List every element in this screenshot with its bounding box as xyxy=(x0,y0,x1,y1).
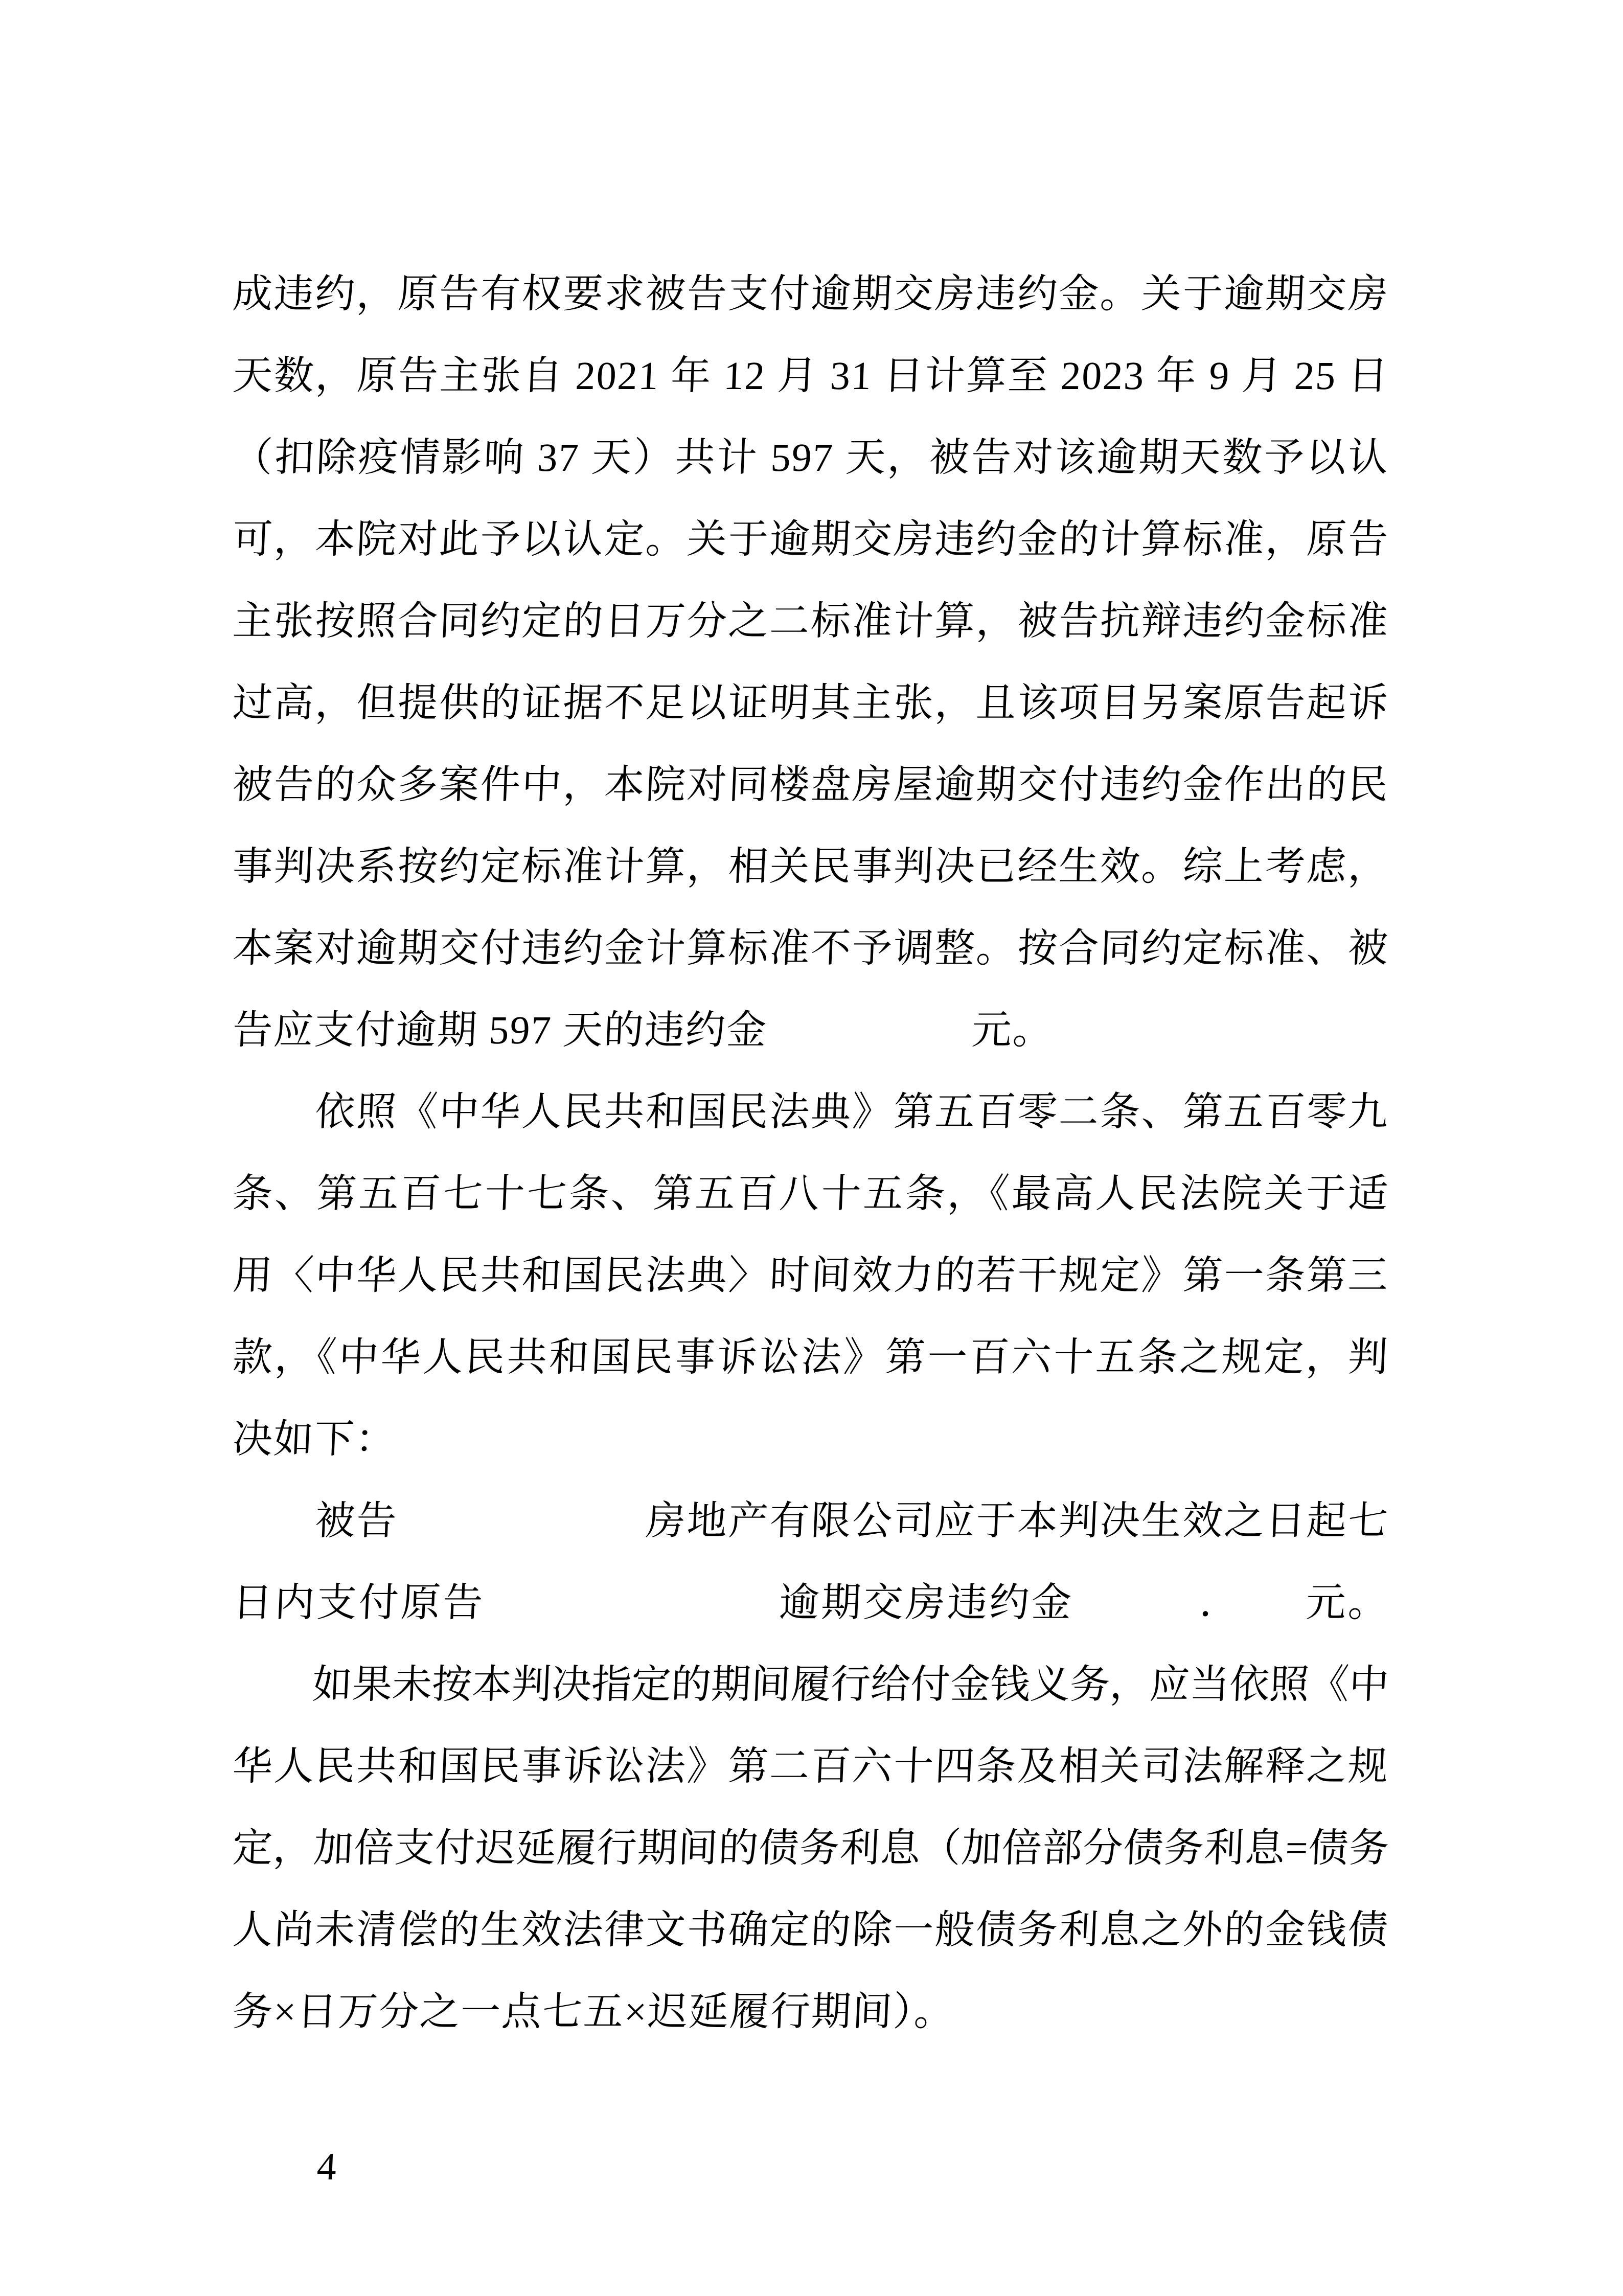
text-line: 决如下： xyxy=(231,1398,1391,1480)
document-page: 成违约，原告有权要求被告支付逾期交房违约金。关于逾期交房天数，原告主张自 202… xyxy=(0,0,1623,2296)
text-line: 被告 房地产有限公司应于本判决生效之日起七 xyxy=(231,1480,1391,1562)
document-body: 成违约，原告有权要求被告支付逾期交房违约金。关于逾期交房天数，原告主张自 202… xyxy=(233,253,1389,2053)
text-line: 过高，但提供的证据不足以证明其主张，且该项目另案原告起诉 xyxy=(231,662,1391,744)
text-line: 条、第五百七十七条、第五百八十五条，《最高人民法院关于适 xyxy=(231,1153,1391,1235)
text-line: 告应支付逾期 597 天的违约金 元。 xyxy=(231,989,1391,1071)
text-line: 定，加倍支付迟延履行期间的债务利息（加倍部分债务利息=债务 xyxy=(231,1807,1391,1889)
text-line: 如果未按本判决指定的期间履行给付金钱义务，应当依照《中 xyxy=(231,1644,1391,1725)
page-number: 4 xyxy=(315,2136,337,2197)
text-line: 依照《中华人民共和国民法典》第五百零二条、第五百零九 xyxy=(231,1071,1391,1153)
text-line: 成违约，原告有权要求被告支付逾期交房违约金。关于逾期交房 xyxy=(231,253,1391,335)
text-line: 用〈中华人民共和国民法典〉时间效力的若干规定》第一条第三 xyxy=(231,1235,1391,1316)
text-line: 可，本院对此予以认定。关于逾期交房违约金的计算标准，原告 xyxy=(231,498,1391,580)
text-line: 华人民共和国民事诉讼法》第二百六十四条及相关司法解释之规 xyxy=(231,1725,1391,1807)
text-line: 主张按照合同约定的日万分之二标准计算，被告抗辩违约金标准 xyxy=(231,580,1391,662)
text-line: 本案对逾期交付违约金计算标准不予调整。按合同约定标准、被 xyxy=(231,907,1391,989)
text-line: 务×日万分之一点七五×迟延履行期间）。 xyxy=(231,1971,1391,2053)
text-line: 款，《中华人民共和国民事诉讼法》第一百六十五条之规定，判 xyxy=(231,1316,1391,1398)
text-line: 天数，原告主张自 2021 年 12 月 31 日计算至 2023 年 9 月 … xyxy=(231,335,1391,417)
text-line: （扣除疫情影响 37 天）共计 597 天，被告对该逾期天数予以认 xyxy=(231,417,1391,498)
text-line: 人尚未清偿的生效法律文书确定的除一般债务利息之外的金钱债 xyxy=(231,1889,1391,1971)
text-line: 被告的众多案件中，本院对同楼盘房屋逾期交付违约金作出的民 xyxy=(231,744,1391,826)
text-line: 日内支付原告 逾期交房违约金 ． 元。 xyxy=(231,1562,1391,1644)
text-line: 事判决系按约定标准计算，相关民事判决已经生效。综上考虑， xyxy=(231,826,1391,907)
